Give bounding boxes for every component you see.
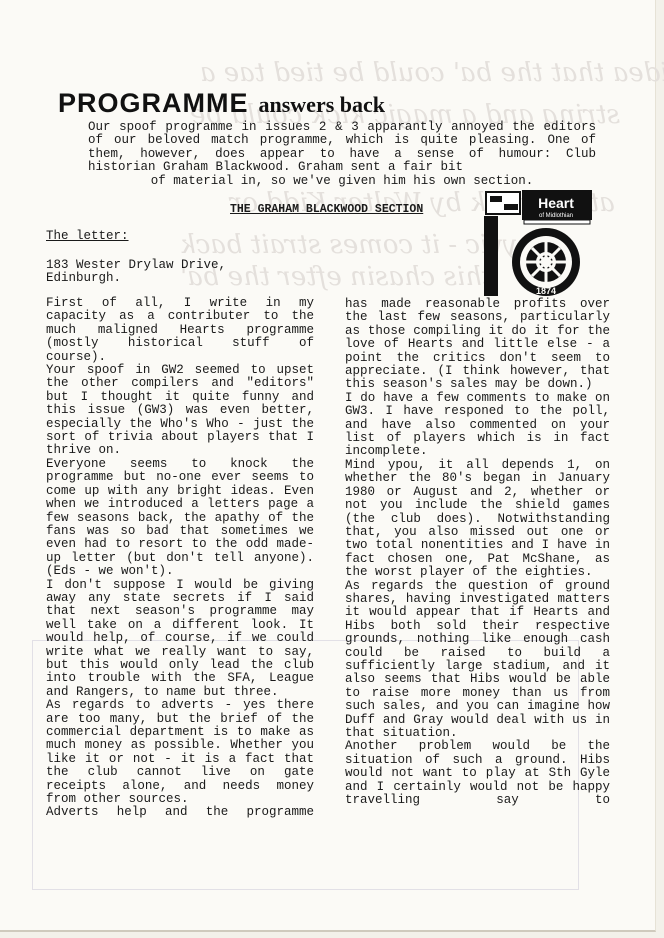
intro-paragraph: Our spoof programme in issues 2 & 3 appa… <box>88 121 596 188</box>
letter-column-left: First of all, I write in my capacity as … <box>46 297 314 820</box>
letter-paragraph: As regards to adverts - yes there are to… <box>46 699 314 806</box>
show-through-handwriting: idea that the ba' could be tied tae a <box>200 58 664 88</box>
letter-paragraph: Your spoof in GW2 seemed to upset the ot… <box>46 364 314 458</box>
letter-paragraph: First of all, I write in my capacity as … <box>46 297 314 364</box>
letter-paragraph: Adverts help and the programme <box>46 806 314 819</box>
article-headline: PROGRAMMEanswers back <box>58 88 385 119</box>
svg-text:Heart: Heart <box>538 195 574 211</box>
letter-paragraph: As regards the question of ground shares… <box>345 580 610 741</box>
intro-body: Our spoof programme in issues 2 & 3 appa… <box>88 120 596 174</box>
letter-paragraph: I don't suppose I would be giving away a… <box>46 579 314 700</box>
headline-sub: answers back <box>259 92 386 117</box>
letter-paragraph: has made reasonable profits over the las… <box>345 298 610 392</box>
sender-address: 183 Wester Drylaw Drive, Edinburgh. <box>46 259 226 286</box>
section-title: THE GRAHAM BLACKWOOD SECTION <box>230 203 423 216</box>
letter-paragraph: Mind ypou, it all depends 1, on whether … <box>345 459 610 580</box>
letter-column-right: has made reasonable profits over the las… <box>345 298 610 807</box>
svg-text:of Midlothian: of Midlothian <box>539 213 573 219</box>
letter-paragraph: I do have a few comments to make on GW3.… <box>345 392 610 459</box>
headline-main: PROGRAMME <box>58 88 249 118</box>
address-line: 183 Wester Drylaw Drive, <box>46 259 226 272</box>
svg-text:1874: 1874 <box>536 286 556 296</box>
letter-paragraph: Another problem would be the situation o… <box>345 740 610 807</box>
document-page: idea that the ba' could be tied tae a st… <box>0 0 656 932</box>
address-line: Edinburgh. <box>46 272 226 285</box>
letter-label: The letter: <box>46 230 129 243</box>
letter-paragraph: Everyone seems to knock the programme bu… <box>46 458 314 579</box>
show-through-handwriting: this chasin efter the ba' <box>180 262 492 292</box>
club-crest-icon: Heart of Midlothian 1874 <box>484 186 594 296</box>
